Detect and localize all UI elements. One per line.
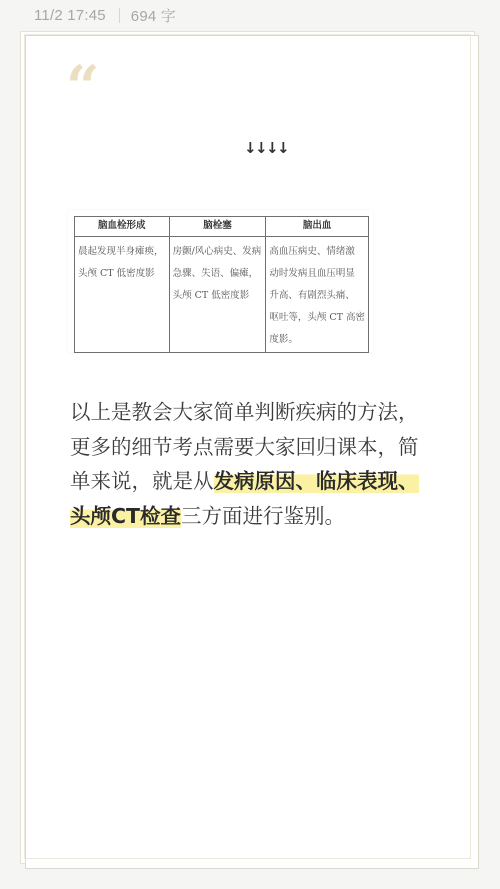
paragraph-text: 单来说，就是从 bbox=[70, 469, 214, 493]
down-arrow-icon: ↓ bbox=[277, 139, 287, 157]
table-header-cell: 脑血栓形成 bbox=[75, 217, 170, 237]
down-arrow-icon: ↓ bbox=[255, 139, 265, 157]
paragraph-line: 以上是教会大家简单判断疾病的方法， bbox=[70, 395, 440, 430]
note-datetime: 11/2 17:45 bbox=[34, 7, 106, 24]
table-cell: 高血压病史、情绪激 动时发病且血压明显 升高、有剧烈头痛、 呕吐等，头颅 CT … bbox=[266, 237, 369, 353]
comparison-table: 脑血栓形成 脑栓塞 脑出血 晨起发现半身瘫痪， 头颅 CT 低密度影 房颤/风心… bbox=[74, 216, 369, 353]
table-header-row: 脑血栓形成 脑栓塞 脑出血 bbox=[75, 217, 369, 237]
table-cell: 晨起发现半身瘫痪， 头颅 CT 低密度影 bbox=[75, 237, 170, 353]
paragraph-text: 三方面进行鉴别。 bbox=[181, 504, 345, 528]
table-cell: 房颤/风心病史、发病 急骤、失语、偏瘫， 头颅 CT 低密度影 bbox=[169, 237, 266, 353]
cell-text: 度影。 bbox=[269, 329, 365, 351]
cell-text: 头颅 CT 低密度影 bbox=[173, 285, 263, 307]
highlighted-text: 头颅CT检查 bbox=[70, 504, 181, 528]
cell-text: 头颅 CT 低密度影 bbox=[78, 263, 166, 285]
cell-text: 急骤、失语、偏瘫， bbox=[173, 263, 263, 285]
cell-text: 呕吐等，头颅 CT 高密 bbox=[269, 307, 365, 329]
cell-text: 高血压病史、情绪激 bbox=[269, 241, 365, 263]
down-arrows: ↓ ↓ ↓ ↓ bbox=[244, 139, 287, 157]
note-word-count: 694 字 bbox=[131, 5, 176, 26]
note-meta-bar: 11/2 17:45 694 字 bbox=[34, 4, 176, 26]
comparison-table-image[interactable]: 脑血栓形成 脑栓塞 脑出血 晨起发现半身瘫痪， 头颅 CT 低密度影 房颤/风心… bbox=[68, 210, 373, 352]
meta-divider bbox=[119, 8, 120, 23]
table-header-cell: 脑出血 bbox=[266, 217, 369, 237]
table-header-cell: 脑栓塞 bbox=[169, 217, 266, 237]
quote-mark-icon: “ bbox=[66, 58, 99, 116]
down-arrow-icon: ↓ bbox=[266, 139, 276, 157]
cell-text: 动时发病且血压明显 bbox=[269, 263, 365, 285]
cell-text: 晨起发现半身瘫痪， bbox=[78, 241, 166, 263]
cell-text: 升高、有剧烈头痛、 bbox=[269, 285, 365, 307]
down-arrow-icon: ↓ bbox=[244, 139, 254, 157]
highlighted-text: 发病原因、临床表现、 bbox=[214, 469, 419, 493]
note-paragraph[interactable]: 以上是教会大家简单判断疾病的方法， 更多的细节考点需要大家回归课本，简 单来说，… bbox=[70, 395, 440, 534]
table-row: 晨起发现半身瘫痪， 头颅 CT 低密度影 房颤/风心病史、发病 急骤、失语、偏瘫… bbox=[75, 237, 369, 353]
paragraph-line: 单来说，就是从发病原因、临床表现、 bbox=[70, 464, 440, 499]
cell-text: 房颤/风心病史、发病 bbox=[173, 241, 263, 263]
paragraph-line: 头颅CT检查三方面进行鉴别。 bbox=[70, 499, 440, 534]
paragraph-line: 更多的细节考点需要大家回归课本，简 bbox=[70, 430, 440, 465]
